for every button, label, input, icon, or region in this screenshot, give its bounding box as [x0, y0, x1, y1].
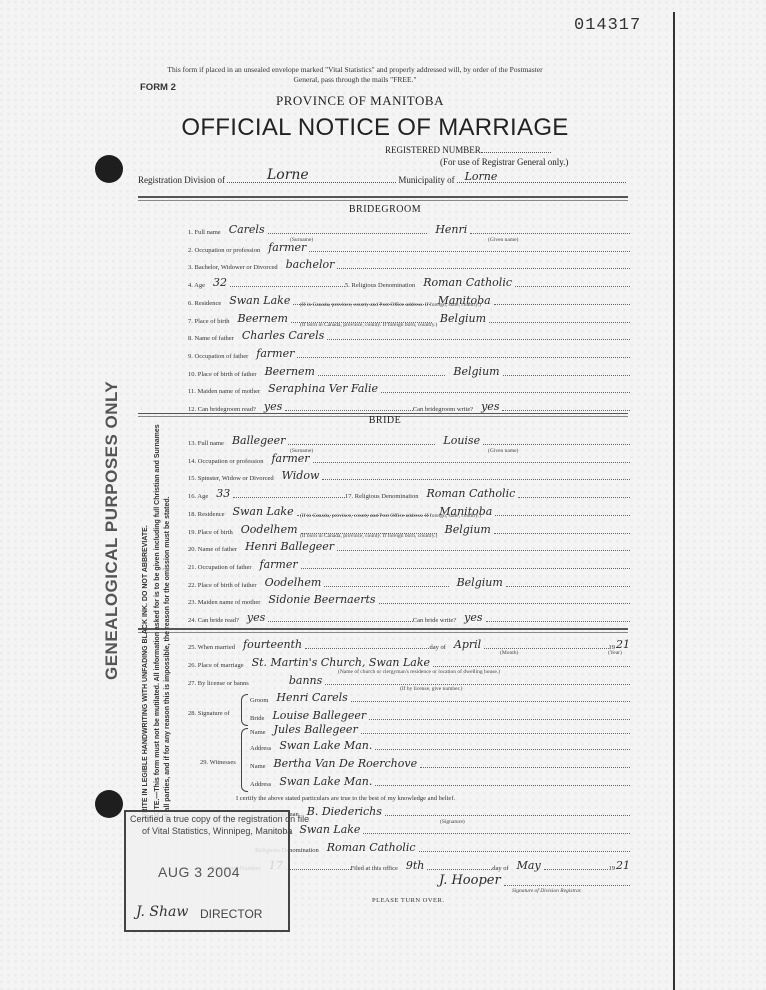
groom-signature: Henri Carels: [276, 691, 347, 704]
field-label: 2. Occupation or profession: [188, 247, 260, 254]
residence-note: (If in Canada, province, county and Post…: [300, 513, 481, 519]
bride-field-row: 15. Spinster, Widow or DivorcedWidow: [188, 468, 630, 482]
certify-statement: I certify the above stated particulars a…: [236, 795, 455, 802]
registered-number-note: (For use of Registrar General only.): [440, 157, 568, 167]
filed-month: May: [517, 859, 541, 872]
residence-note: (If in Canada, province, county and Post…: [300, 302, 481, 308]
bridegroom-field-row: 8. Name of fatherCharles Carels: [188, 328, 630, 342]
clergyman-signature: B. Diederichs: [307, 805, 382, 818]
field-value-2: yes: [481, 400, 499, 413]
witness-2-address-row: Address Swan Lake Man.: [250, 774, 630, 788]
field-label: 12. Can bridegroom read?: [188, 406, 256, 413]
clergy-address-row: Address Swan Lake: [270, 822, 630, 836]
filed-year-prefix: 19: [608, 865, 615, 872]
field-value: Swan Lake: [229, 294, 290, 307]
field-value: Seraphina Ver Falie: [268, 382, 378, 395]
field-label: 13. Full name: [188, 440, 224, 447]
document-title: OFFICIAL NOTICE OF MARRIAGE: [130, 114, 620, 142]
genealogical-watermark: GENEALOGICAL PURPOSES ONLY: [102, 381, 122, 680]
field-value-2: yes: [464, 611, 482, 624]
field-value: Oodelhem: [241, 523, 298, 536]
bracket: [241, 694, 248, 726]
side-instruction-3: of all parties, and if for any reason th…: [164, 496, 171, 820]
witness-1-name-row: Name Jules Ballegeer: [250, 722, 630, 736]
punch-hole-icon: [95, 790, 123, 818]
surname-note: (Surname): [290, 448, 313, 454]
field-label-2: Can bridegroom write?: [413, 406, 473, 413]
birth-note: (If born in Canada, province, county. If…: [300, 322, 437, 328]
field-label: 18. Residence: [188, 511, 224, 518]
field-value: 33: [216, 487, 230, 500]
filed-year: 21: [616, 859, 630, 872]
clergy-address: Swan Lake: [299, 823, 360, 836]
filed-day: 9th: [406, 859, 425, 872]
field-label: 4. Age: [188, 282, 205, 289]
field-value: bachelor: [286, 258, 335, 271]
clergy-denomination: Roman Catholic: [327, 841, 416, 854]
witness-2-address: Swan Lake Man.: [279, 775, 372, 788]
side-instruction-2: NOTE.—This form must not be mutilated. A…: [154, 424, 161, 820]
registered-number-label: REGISTERED NUMBER: [385, 145, 481, 155]
name-label: Name: [250, 763, 266, 770]
field-value: Swan Lake: [232, 505, 293, 518]
field-label: 22. Place of birth of father: [188, 582, 257, 589]
please-turn-over: PLEASE TURN OVER.: [372, 897, 444, 904]
given-name-note: (Given name): [488, 237, 518, 243]
bride-field-row: 20. Name of fatherHenri Ballegeer: [188, 539, 630, 553]
field-label-2: Can bride write?: [413, 617, 456, 624]
witnesses-label-text: 29. Witnesses: [200, 759, 236, 766]
registration-division-label: Registration Division of: [138, 175, 225, 185]
field-label-2: 17. Religious Denomination: [345, 493, 418, 500]
field-value-2: Belgium: [445, 523, 491, 536]
witness-1-address-row: Address Swan Lake Man.: [250, 738, 630, 752]
bride-field-row: 21. Occupation of fatherfarmer: [188, 557, 630, 571]
bride-label: Bride: [250, 715, 264, 722]
field-label: 7. Place of birth: [188, 318, 230, 325]
field-value: 32: [213, 276, 227, 289]
field-value: farmer: [256, 347, 294, 360]
field-label: 10. Place of birth of father: [188, 371, 257, 378]
field-value: Beernem: [265, 365, 315, 378]
bridegroom-field-row: 4. Age325. Religious DenominationRoman C…: [188, 275, 630, 289]
bridegroom-field-row: 3. Bachelor, Widower or Divorcedbachelor: [188, 257, 630, 271]
mailing-notice: This form if placed in an unsealed envel…: [155, 65, 555, 85]
bridegroom-field-row: 2. Occupation or professionfarmer: [188, 240, 630, 254]
registrar-signature-row: J. Hooper: [425, 874, 630, 888]
divider: [138, 628, 628, 633]
municipality-value: Lorne: [465, 170, 498, 183]
field-value-2: Belgium: [453, 365, 499, 378]
side-instruction-1: WRITE IN LEGIBLE HANDWRITING WITH UNFADI…: [142, 525, 149, 820]
field-value: yes: [247, 611, 265, 624]
license-label: 27. By license or banns: [188, 680, 249, 687]
month-value: April: [454, 638, 481, 651]
birth-note: (If born in Canada, province, county. If…: [300, 533, 437, 539]
field-value: Widow: [282, 469, 320, 482]
bride-field-row: 22. Place of birth of fatherOodelhemBelg…: [188, 575, 630, 589]
form-label: FORM 2: [140, 82, 176, 93]
place-value: St. Martin's Church, Swan Lake: [252, 656, 430, 669]
bride-field-row: 13. Full nameBallegeerLouise: [188, 433, 630, 447]
field-label: 9. Occupation of father: [188, 353, 248, 360]
serial-number: 014317: [574, 16, 641, 35]
registration-division-row: Registration Division of Lorne Municipal…: [138, 175, 628, 185]
field-value: Charles Carels: [242, 329, 324, 342]
bride-heading: BRIDE: [140, 415, 630, 426]
clergyman-row: Clergyman B. Diederichs: [270, 804, 630, 818]
field-label: 3. Bachelor, Widower or Divorced: [188, 264, 278, 271]
bridegroom-field-row: 9. Occupation of fatherfarmer: [188, 346, 630, 360]
bride-field-row: 14. Occupation or professionfarmer: [188, 451, 630, 465]
bridegroom-field-row: 11. Maiden name of motherSeraphina Ver F…: [188, 381, 630, 395]
province-heading: PROVINCE OF MANITOBA: [160, 93, 560, 109]
stamp-line-2: of Vital Statistics, Winnipeg, Manitoba: [142, 826, 292, 836]
field-label: 1. Full name: [188, 229, 221, 236]
registered-number: REGISTERED NUMBER: [385, 145, 551, 155]
license-row: 27. By license or banns banns: [188, 673, 630, 687]
registrar-signature: J. Hooper: [439, 873, 501, 888]
when-married-label: 25. When married: [188, 644, 235, 651]
bride-field-row: 23. Maiden name of motherSidonie Beernae…: [188, 592, 630, 606]
field-value-2: Roman Catholic: [426, 487, 515, 500]
signature-label: 28. Signature of: [188, 703, 238, 717]
witnesses-label: 29. Witnesses: [200, 752, 240, 766]
name-label: Name: [250, 729, 266, 736]
given-name-note: (Given name): [488, 448, 518, 454]
place-of-marriage-row: 26. Place of marriage St. Martin's Churc…: [188, 655, 630, 669]
address-label: Address: [250, 781, 271, 788]
place-label: 26. Place of marriage: [188, 662, 244, 669]
margin-rule: [673, 12, 675, 990]
director-signature: J. Shaw: [136, 904, 188, 920]
registrar-label: Signature of Division Registrar.: [512, 888, 582, 894]
field-value: Henri Ballegeer: [245, 540, 334, 553]
field-label: 8. Name of father: [188, 335, 234, 342]
field-value-2: Roman Catholic: [423, 276, 512, 289]
bridegroom-field-row: 10. Place of birth of fatherBeernemBelgi…: [188, 364, 630, 378]
groom-signature-row: Groom Henri Carels: [250, 690, 630, 704]
bridegroom-field-row: 12. Can bridegroom read?yesCan bridegroo…: [188, 399, 630, 413]
registration-division-value: Lorne: [267, 167, 309, 183]
witness-1-address: Swan Lake Man.: [279, 739, 372, 752]
field-value: Carels: [229, 223, 265, 236]
divider: [138, 196, 628, 201]
stamp-line-1: Certified a true copy of the registratio…: [130, 814, 309, 824]
field-value: Beernem: [238, 312, 288, 325]
field-label: 19. Place of birth: [188, 529, 233, 536]
day-value: fourteenth: [243, 638, 302, 651]
field-label: 16. Age: [188, 493, 208, 500]
field-value-2: Louise: [443, 434, 480, 447]
field-label: 23. Maiden name of mother: [188, 599, 260, 606]
groom-label: Groom: [250, 697, 268, 704]
bridegroom-field-row: 1. Full nameCarelsHenri: [188, 222, 630, 236]
certification-stamp: Certified a true copy of the registratio…: [124, 810, 290, 932]
field-value-2: Henri: [435, 223, 467, 236]
field-label: 20. Name of father: [188, 546, 237, 553]
bride-signature-row: Bride Louise Ballegeer: [250, 708, 630, 722]
field-label: 24. Can bride read?: [188, 617, 239, 624]
signature-of-label: 28. Signature of: [188, 710, 230, 717]
field-value-2: Belgium: [440, 312, 486, 325]
field-value-2: Belgium: [457, 576, 503, 589]
when-married-row: 25. When married fourteenth day of April…: [188, 637, 630, 651]
field-label: 6. Residence: [188, 300, 221, 307]
witness-2-name: Bertha Van De Roerchove: [274, 757, 418, 770]
license-value: banns: [289, 674, 322, 687]
registered-number-field: [481, 152, 551, 153]
bridegroom-heading: BRIDEGROOM: [140, 204, 630, 215]
field-value: Sidonie Beernaerts: [268, 593, 375, 606]
day-of-label: day of: [429, 644, 445, 651]
filed-label: Filed at this office: [351, 865, 398, 872]
field-value: Oodelhem: [265, 576, 322, 589]
field-value: Ballegeer: [232, 434, 286, 447]
surname-note: (Surname): [290, 237, 313, 243]
director-label: DIRECTOR: [200, 907, 262, 921]
field-label: 21. Occupation of father: [188, 564, 252, 571]
witness-1-name: Jules Ballegeer: [274, 723, 358, 736]
field-value: yes: [264, 400, 282, 413]
bride-signature: Louise Ballegeer: [272, 709, 366, 722]
field-value: farmer: [260, 558, 298, 571]
punch-hole-icon: [95, 155, 123, 183]
municipality-label: Municipality of: [398, 175, 454, 185]
bride-field-row: 24. Can bride read?yesCan bride write?ye…: [188, 610, 630, 624]
filed-day-of-label: day of: [492, 865, 508, 872]
denomination-row: Religious Denomination Roman Catholic: [255, 840, 630, 854]
field-label: 15. Spinster, Widow or Divorced: [188, 475, 274, 482]
witness-2-name-row: Name Bertha Van De Roerchove: [250, 756, 630, 770]
bracket: [241, 728, 248, 792]
field-label: 14. Occupation or profession: [188, 458, 263, 465]
stamp-date: AUG 3 2004: [158, 864, 240, 880]
bride-field-row: 16. Age3317. Religious DenominationRoman…: [188, 486, 630, 500]
address-label: Address: [250, 745, 271, 752]
field-label: 11. Maiden name of mother: [188, 388, 260, 395]
field-label-2: 5. Religious Denomination: [345, 282, 415, 289]
